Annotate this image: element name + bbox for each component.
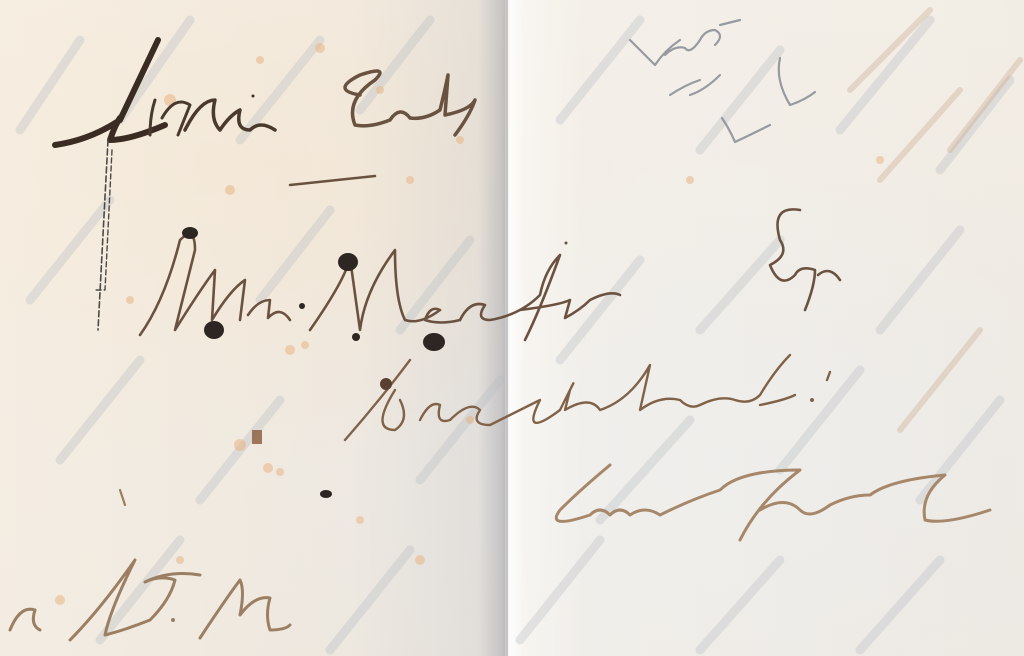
inscription-bottom-left [10,490,290,640]
inscription-line-4 [556,465,990,540]
handwriting [0,0,1024,656]
inscription-line-2 [140,209,840,340]
ink-blots [182,227,445,498]
inscription-line-1 [55,40,475,330]
letter-cover-photo: Dolmin Early Wm. Macfie Esq Batchelor's … [0,0,1024,656]
pencil-notes [630,20,815,142]
inscription-line-3 [345,355,830,440]
